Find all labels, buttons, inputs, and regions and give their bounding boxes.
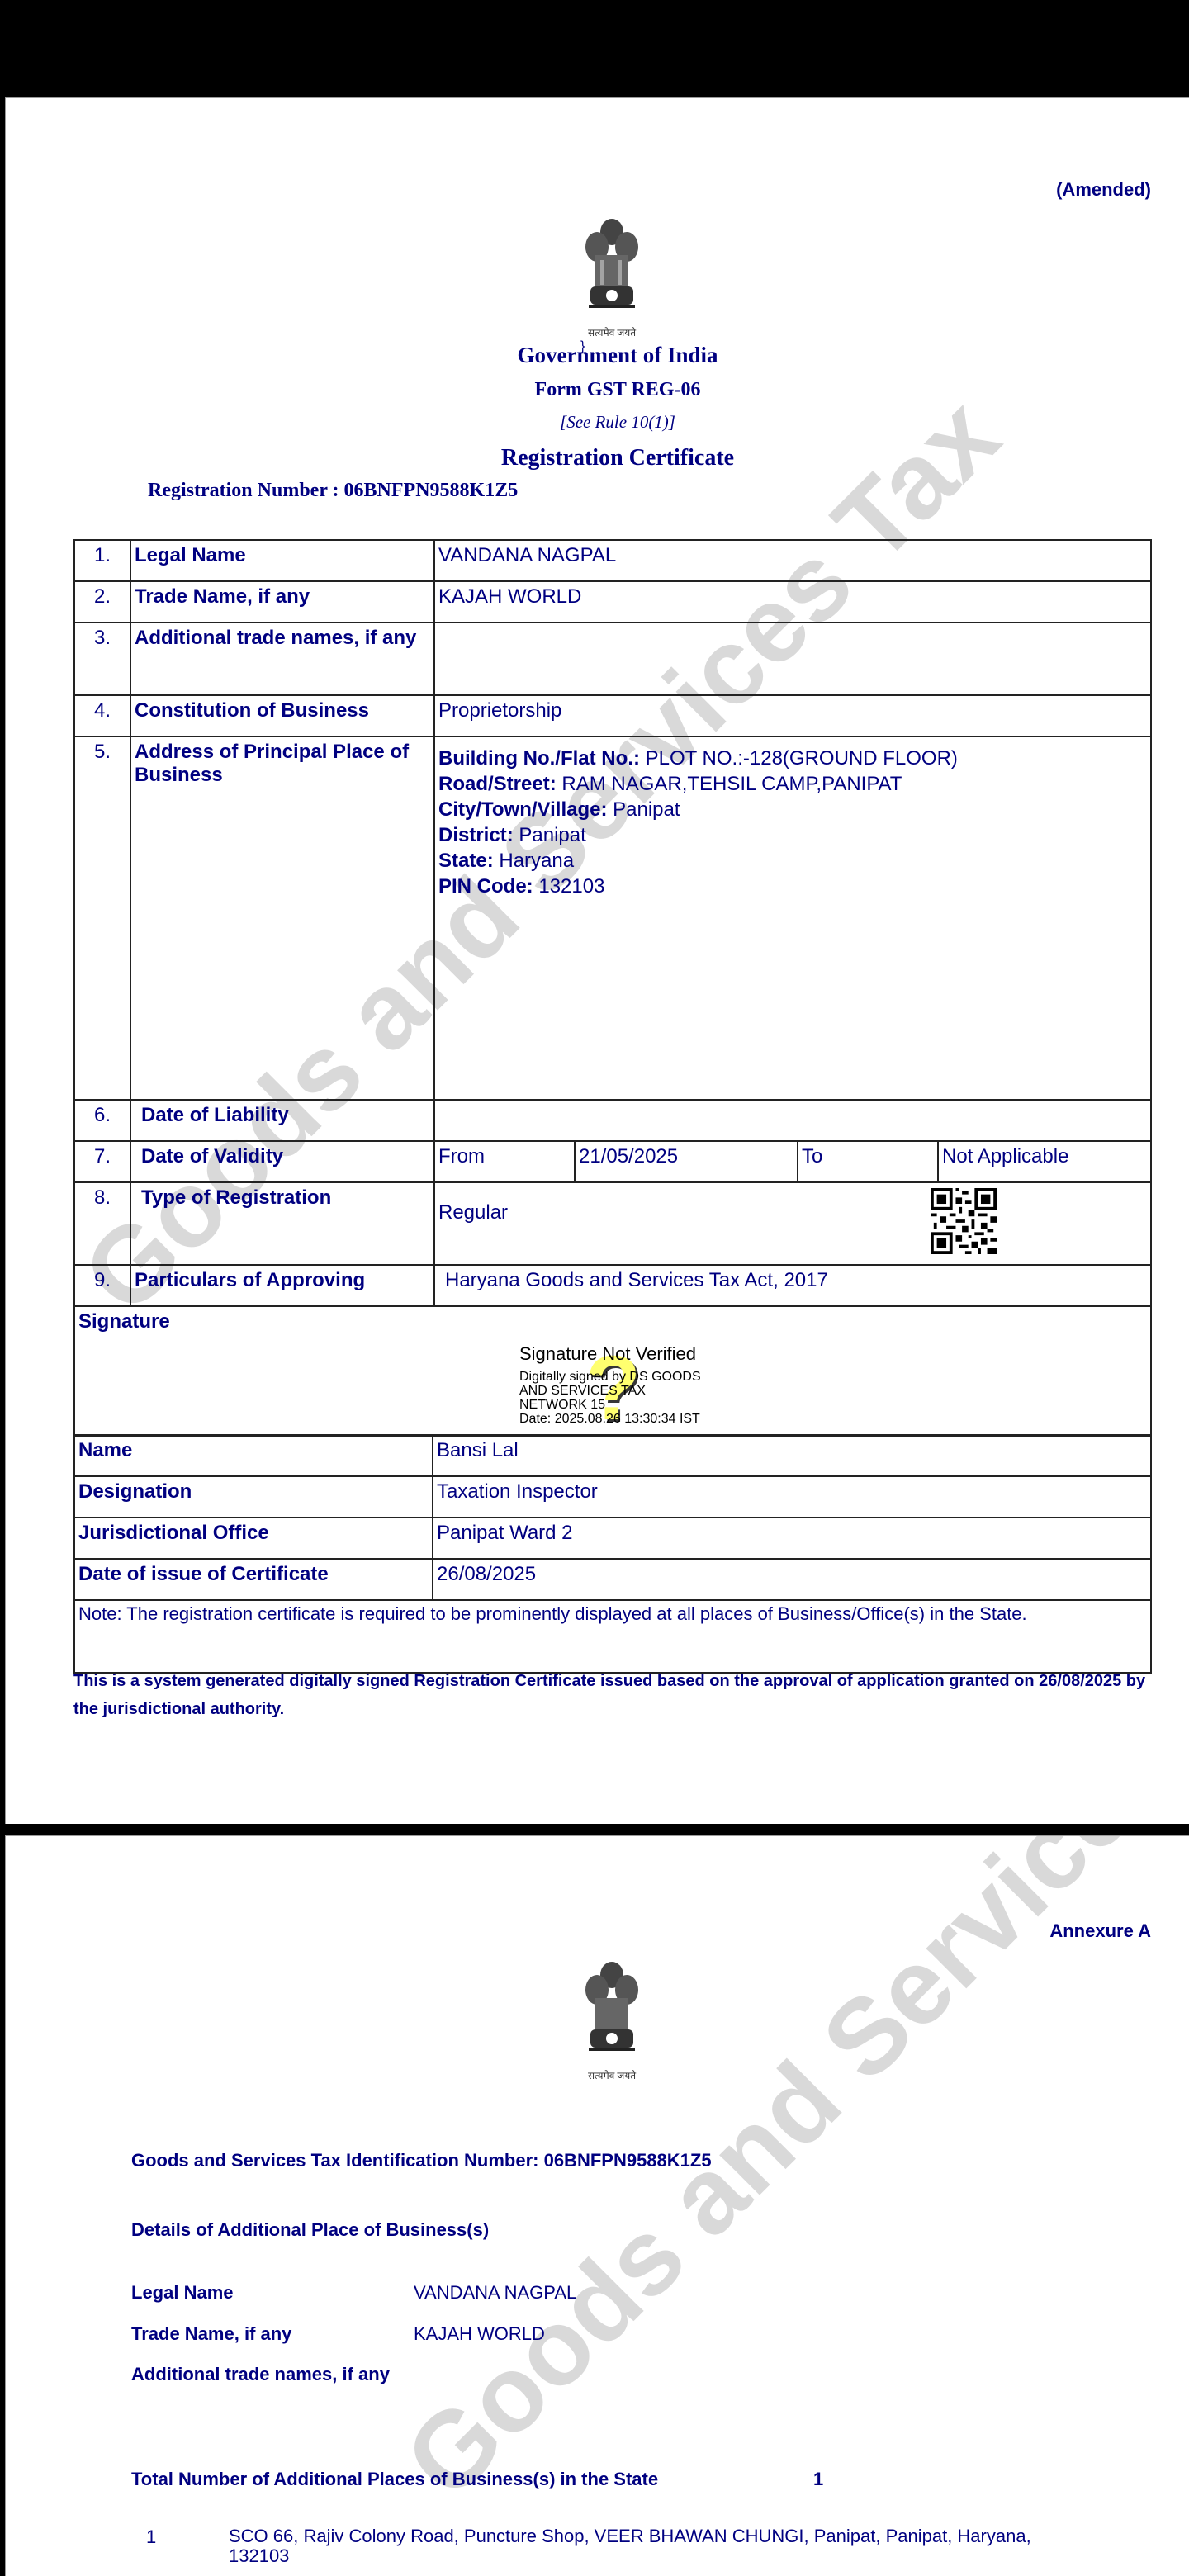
qr-code-icon	[931, 1188, 997, 1254]
place-address: SCO 66, Rajiv Colony Road, Puncture Shop…	[229, 2526, 1071, 2566]
certificate-table: 1. Legal Name VANDANA NAGPAL 2. Trade Na…	[73, 539, 1152, 1437]
officer-table: Name Bansi Lal Designation Taxation Insp…	[73, 1434, 1152, 1674]
emblem-icon	[580, 214, 643, 321]
approving-act-value: Haryana Goods and Services Tax Act, 2017	[434, 1265, 1151, 1306]
place-number: 1	[146, 2526, 156, 2548]
header-title: Registration Certificate	[370, 445, 865, 471]
table-row: Designation Taxation Inspector	[74, 1476, 1151, 1518]
table-row: Jurisdictional Office Panipat Ward 2	[74, 1518, 1151, 1559]
officer-name-value: Bansi Lal	[433, 1435, 1151, 1476]
table-row: 7. Date of Validity From 21/05/2025 To N…	[74, 1141, 1151, 1182]
constitution-value: Proprietorship	[434, 695, 1151, 736]
emblem-motto: सत्यमेव जयते	[571, 325, 653, 339]
gstin-label: Goods and Services Tax Identification Nu…	[131, 2150, 712, 2171]
table-row: Name Bansi Lal	[74, 1435, 1151, 1476]
national-emblem: सत्यमेव जयते	[580, 1957, 653, 2082]
table-row: 8. Type of Registration Regular	[74, 1182, 1151, 1265]
header-rule: [See Rule 10(1)]	[370, 412, 865, 433]
annex-legal-name-value: VANDANA NAGPAL	[414, 2282, 576, 2304]
amended-label: (Amended)	[1056, 179, 1151, 201]
header-government: Government of India	[370, 343, 865, 368]
table-row: 4. Constitution of Business Proprietorsh…	[74, 695, 1151, 736]
display-note: Note: The registration certificate is re…	[74, 1600, 1151, 1673]
legal-name-value: VANDANA NAGPAL	[434, 540, 1151, 581]
table-row: 6. Date of Liability	[74, 1100, 1151, 1141]
issue-date-value: 26/08/2025	[433, 1559, 1151, 1600]
signature-label: Signature	[78, 1310, 1147, 1333]
emblem-motto: सत्यमेव जयते	[571, 2068, 653, 2082]
table-row: Note: The registration certificate is re…	[74, 1600, 1151, 1673]
validity-to-date: Not Applicable	[938, 1141, 1151, 1182]
emblem-icon	[580, 1957, 643, 2064]
signature-date: Date: 2025.08.26 13:30:34 IST	[519, 1412, 701, 1426]
validity-from-date: 21/05/2025	[575, 1141, 798, 1182]
table-row: 1. Legal Name VANDANA NAGPAL	[74, 540, 1151, 581]
details-heading: Details of Additional Place of Business(…	[131, 2219, 489, 2241]
signature-block: Signature ? Signature Not Verified Digit…	[74, 1306, 1151, 1437]
system-generated-note: This is a system generated digitally sig…	[73, 1667, 1155, 1723]
digital-signature: ? Signature Not Verified Digitally signe…	[519, 1343, 701, 1426]
jurisdictional-office-value: Panipat Ward 2	[433, 1518, 1151, 1559]
header-form: Form GST REG-06	[370, 379, 865, 401]
national-emblem: सत्यमेव जयते }	[580, 214, 653, 354]
table-row: 2. Trade Name, if any KAJAH WORLD	[74, 581, 1151, 623]
table-row: 9. Particulars of Approving Haryana Good…	[74, 1265, 1151, 1306]
additional-trade-names-value	[434, 623, 1151, 695]
table-row: Date of issue of Certificate 26/08/2025	[74, 1559, 1151, 1600]
annexure-label: Annexure A	[1049, 1920, 1151, 1942]
designation-value: Taxation Inspector	[433, 1476, 1151, 1518]
trade-name-value: KAJAH WORLD	[434, 581, 1151, 623]
registration-type-value: Regular	[438, 1201, 1147, 1224]
table-row: 5. Address of Principal Place of Busines…	[74, 736, 1151, 1100]
table-row: Signature ? Signature Not Verified Digit…	[74, 1306, 1151, 1437]
certificate-page-2: Annexure A सत्यमेव जयते Goods and Servic…	[5, 1835, 1189, 2576]
table-row: 3. Additional trade names, if any	[74, 623, 1151, 695]
total-places-value: 1	[813, 2469, 823, 2490]
certificate-page-1: (Amended) सत्यमेव जयते } Government of I…	[5, 97, 1189, 1824]
date-of-liability-value	[434, 1100, 1151, 1141]
annex-trade-name-value: KAJAH WORLD	[414, 2323, 545, 2345]
registration-number: Registration Number : 06BNFPN9588K1Z5	[148, 480, 518, 502]
principal-address: Building No./Flat No.: PLOT NO.:-128(GRO…	[434, 736, 1151, 1100]
signature-status: Signature Not Verified	[519, 1343, 701, 1365]
